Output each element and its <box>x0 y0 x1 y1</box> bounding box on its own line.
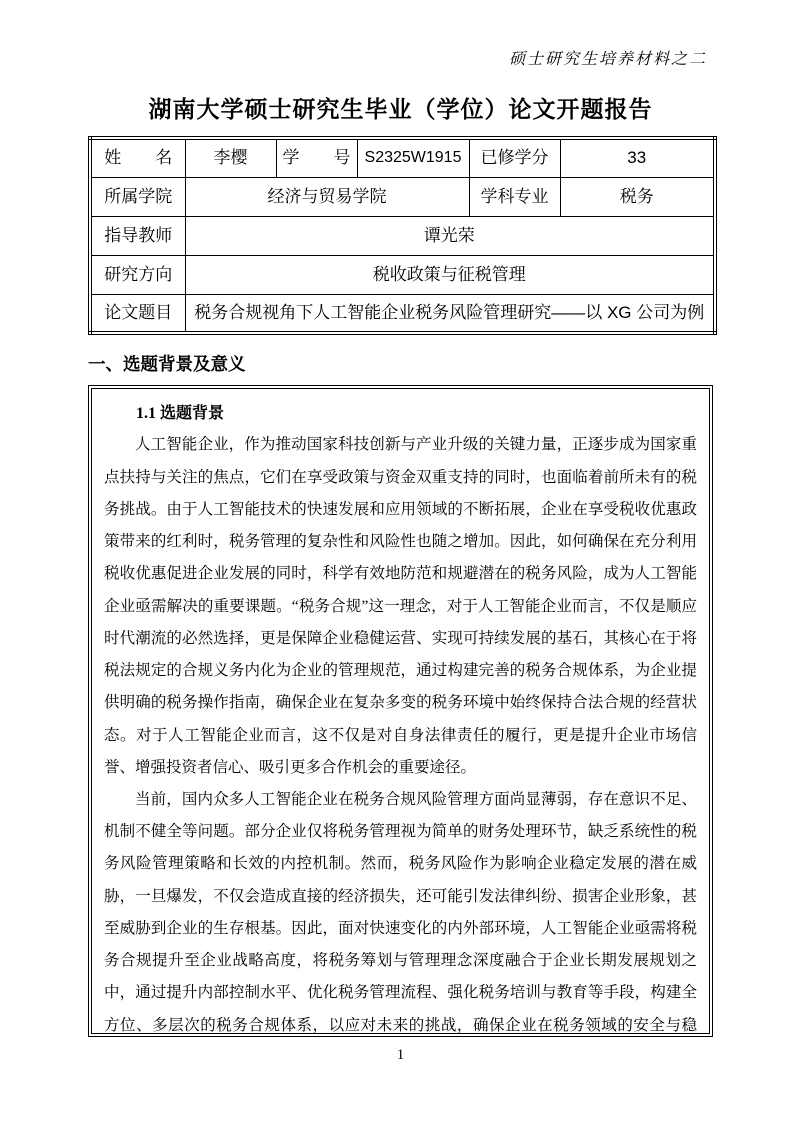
name-label: 姓 名 <box>90 138 185 177</box>
college-value: 经济与贸易学院 <box>185 177 469 216</box>
student-id-label: 学 号 <box>276 138 357 177</box>
table-row-thesis-title: 论文题目 税务合规视角下人工智能企业税务风险管理研究——以 XG 公司为例 <box>90 294 715 333</box>
thesis-title-label: 论文题目 <box>90 294 185 333</box>
body-paragraph-2: 当前，国内众多人工智能企业在税务合规风险管理方面尚显薄弱，存在意识不足、机制不健… <box>104 784 697 1037</box>
body-paragraph-1: 人工智能企业，作为推动国家科技创新与产业升级的关键力量，正逐步成为国家重点扶持与… <box>104 429 697 784</box>
advisor-value: 谭光荣 <box>185 216 715 255</box>
direction-value: 税收政策与征税管理 <box>185 255 715 294</box>
table-row-advisor: 指导教师 谭光荣 <box>90 216 715 255</box>
page-number: 1 <box>88 1047 713 1064</box>
table-row-direction: 研究方向 税收政策与征税管理 <box>90 255 715 294</box>
advisor-label: 指导教师 <box>90 216 185 255</box>
document-title: 湖南大学硕士研究生毕业（学位）论文开题报告 <box>88 91 713 124</box>
section-heading: 一、选题背景及意义 <box>88 351 713 376</box>
name-value: 李樱 <box>185 138 276 177</box>
table-row-college-major: 所属学院 经济与贸易学院 学科专业 税务 <box>90 177 715 216</box>
credits-label: 已修学分 <box>469 138 560 177</box>
credits-value: 33 <box>560 138 715 177</box>
corner-note: 硕士研究生培养材料之二 <box>88 46 713 69</box>
major-label: 学科专业 <box>469 177 560 216</box>
college-label: 所属学院 <box>90 177 185 216</box>
major-value: 税务 <box>560 177 715 216</box>
document-page: 硕士研究生培养材料之二 湖南大学硕士研究生毕业（学位）论文开题报告 姓 名 李樱… <box>0 0 793 1122</box>
info-table: 姓 名 李樱 学 号 S2325W1915 已修学分 33 所属学院 经济与贸易… <box>88 136 717 335</box>
table-row-name-id-credits: 姓 名 李樱 学 号 S2325W1915 已修学分 33 <box>90 138 715 177</box>
direction-label: 研究方向 <box>90 255 185 294</box>
student-id-value: S2325W1915 <box>357 138 469 177</box>
content-box: 1.1 选题背景 人工智能企业，作为推动国家科技创新与产业升级的关键力量，正逐步… <box>88 385 713 1037</box>
subsection-heading: 1.1 选题背景 <box>104 399 697 429</box>
thesis-title-value: 税务合规视角下人工智能企业税务风险管理研究——以 XG 公司为例 <box>185 294 715 333</box>
